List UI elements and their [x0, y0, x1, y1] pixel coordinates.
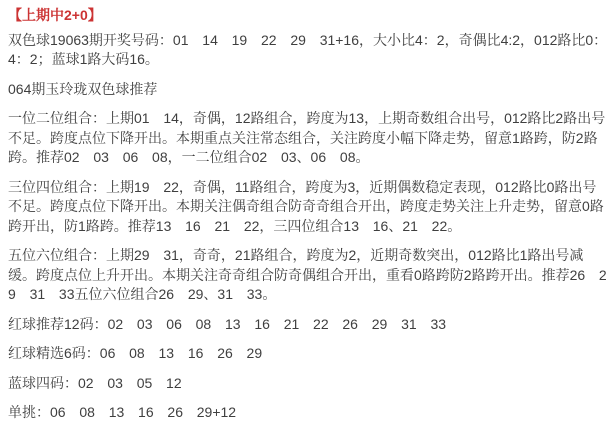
red-ball-12-codes-numbers: 02 03 06 08 13 16 21 22 26 29 31 33 — [108, 316, 446, 332]
blue-ball-4-codes: 蓝球四码：02 03 05 12 — [8, 374, 608, 394]
single-pick-label: 单挑： — [8, 404, 50, 420]
analysis-positions-1-2: 一位二位组合：上期01 14，奇偶，12路组合，跨度为13，上期奇数组合出号，0… — [8, 109, 608, 168]
single-pick-numbers: 06 08 13 16 26 29+12 — [50, 404, 236, 420]
last-draw-summary: 双色球19063期开奖号码：01 14 19 22 29 31+16，大小比4：… — [8, 31, 608, 70]
red-ball-12-codes: 红球推荐12码：02 03 06 08 13 16 21 22 26 29 31… — [8, 315, 608, 335]
red-ball-6-codes: 红球精选6码：06 08 13 16 26 29 — [8, 344, 608, 364]
analysis-positions-3-4: 三位四位组合：上期19 22，奇偶，11路组合，跨度为3，近期偶数稳定表现，01… — [8, 178, 608, 237]
lottery-analysis-article: 【上期中2+0】 双色球19063期开奖号码：01 14 19 22 29 31… — [0, 0, 616, 423]
blue-ball-4-codes-numbers: 02 03 05 12 — [78, 375, 182, 391]
single-pick: 单挑：06 08 13 16 26 29+12 — [8, 403, 608, 423]
red-ball-6-codes-numbers: 06 08 13 16 26 29 — [100, 345, 262, 361]
red-ball-12-codes-label: 红球推荐12码： — [8, 316, 108, 332]
red-ball-6-codes-label: 红球精选6码： — [8, 345, 100, 361]
analysis-positions-5-6: 五位六位组合：上期29 31，奇奇，21路组合，跨度为2，近期奇数突出，012路… — [8, 246, 608, 305]
blue-ball-4-codes-label: 蓝球四码： — [8, 375, 78, 391]
last-draw-result-tag: 【上期中2+0】 — [8, 6, 608, 26]
section-title: 064期玉玲珑双色球推荐 — [8, 80, 608, 100]
